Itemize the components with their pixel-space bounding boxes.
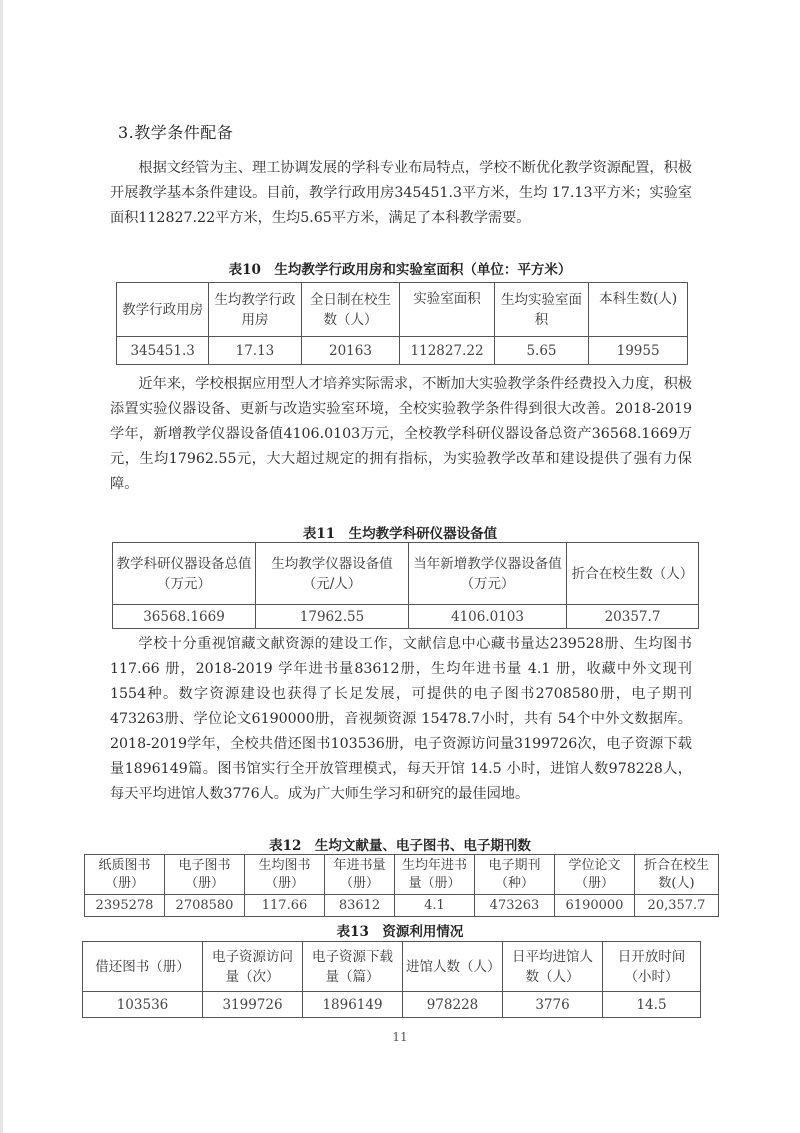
table12-header-cell: 折合在校生数(人) <box>635 855 719 895</box>
table12-cell: 20,357.7 <box>635 895 719 917</box>
table13-header-cell: 电子资源访问量（次） <box>203 942 303 992</box>
table12-header-cell: 年进书量（册） <box>325 855 395 895</box>
table-row: 345451.3 17.13 20163 112827.22 5.65 1995… <box>117 337 688 365</box>
table10-cell: 19955 <box>589 337 688 365</box>
table11-caption: 表11 生均教学科研仪器设备值 <box>0 522 800 542</box>
table12-header-row: 纸质图书（册） 电子图书（册） 生均图书（册） 年进书量（册） 生均年进书量（册… <box>85 855 719 895</box>
table10-cell: 345451.3 <box>117 337 209 365</box>
table10-cell: 17.13 <box>209 337 301 365</box>
table11-header-cell: 当年新增教学仪器设备值（万元） <box>409 543 567 605</box>
table13-cell: 3776 <box>503 992 603 1018</box>
table12-header-cell: 纸质图书（册） <box>85 855 165 895</box>
table13-header-cell: 电子资源下载量（篇） <box>303 942 403 992</box>
table-row: 36568.1669 17962.55 4106.0103 20357.7 <box>113 605 699 629</box>
table12-header-cell: 学位论文（册） <box>555 855 635 895</box>
page-edge <box>0 0 3 1133</box>
table12: 纸质图书（册） 电子图书（册） 生均图书（册） 年进书量（册） 生均年进书量（册… <box>84 854 719 917</box>
table11: 教学科研仪器设备总值（万元） 生均教学仪器设备值（元/人） 当年新增教学仪器设备… <box>112 542 699 629</box>
table12-header-cell: 生均图书（册） <box>245 855 325 895</box>
table10-header-cell: 教学行政用房 <box>117 283 209 337</box>
table13-cell: 103536 <box>83 992 203 1018</box>
table12-header-cell: 电子期刊（种） <box>475 855 555 895</box>
table13-cell: 1896149 <box>303 992 403 1018</box>
table10-header-cell: 实验室面积 <box>400 283 494 337</box>
table13-header-cell: 日开放时间（小时） <box>603 942 701 992</box>
table11-cell: 17962.55 <box>256 605 409 629</box>
table-row: 2395278 2708580 117.66 83612 4.1 473263 … <box>85 895 719 917</box>
table13-cell: 3199726 <box>203 992 303 1018</box>
table13-cell: 14.5 <box>603 992 701 1018</box>
section-title: 3.教学条件配备 <box>118 120 233 143</box>
table12-cell: 4.1 <box>395 895 475 917</box>
table12-cell: 117.66 <box>245 895 325 917</box>
table12-header-cell: 生均年进书量（册） <box>395 855 475 895</box>
table11-cell: 4106.0103 <box>409 605 567 629</box>
paragraph-teaching-space: 根据文经管为主、理工协调发展的学科专业布局特点，学校不断优化教学资源配置，积极开… <box>110 156 692 231</box>
table10-caption: 表10 生均教学行政用房和实验室面积（单位：平方米） <box>0 258 800 278</box>
table12-header-cell: 电子图书（册） <box>165 855 245 895</box>
table13-caption: 表13 资源利用情况 <box>0 920 800 940</box>
table11-cell: 20357.7 <box>567 605 699 629</box>
table13-header-cell: 进馆人数（人） <box>403 942 503 992</box>
table13-header-cell: 借还图书（册） <box>83 942 203 992</box>
table-row: 103536 3199726 1896149 978228 3776 14.5 <box>83 992 701 1018</box>
table10-header-row: 教学行政用房 生均教学行政用房 全日制在校生数（人） 实验室面积 生均实验室面积… <box>117 283 688 337</box>
table11-header-row: 教学科研仪器设备总值（万元） 生均教学仪器设备值（元/人） 当年新增教学仪器设备… <box>113 543 699 605</box>
table10-header-cell: 全日制在校生数（人） <box>301 283 400 337</box>
table12-cell: 2395278 <box>85 895 165 917</box>
table10-header-cell: 本科生数(人) <box>589 283 688 337</box>
table11-header-cell: 生均教学仪器设备值（元/人） <box>256 543 409 605</box>
paragraph-lab-equipment: 近年来，学校根据应用型人才培养实际需求，不断加大实验教学条件经费投入力度，积极添… <box>110 372 692 497</box>
table10: 教学行政用房 生均教学行政用房 全日制在校生数（人） 实验室面积 生均实验室面积… <box>116 282 688 365</box>
table11-cell: 36568.1669 <box>113 605 256 629</box>
table10-cell: 20163 <box>301 337 400 365</box>
table13-header-row: 借还图书（册） 电子资源访问量（次） 电子资源下载量（篇） 进馆人数（人） 日平… <box>83 942 701 992</box>
table13-header-cell: 日平均进馆人数（人） <box>503 942 603 992</box>
table10-header-cell: 生均教学行政用房 <box>209 283 301 337</box>
table10-header-cell: 生均实验室面积 <box>494 283 588 337</box>
table12-caption: 表12 生均文献量、电子图书、电子期刊数 <box>0 834 800 854</box>
table10-cell: 112827.22 <box>400 337 494 365</box>
table13: 借还图书（册） 电子资源访问量（次） 电子资源下载量（篇） 进馆人数（人） 日平… <box>82 941 701 1018</box>
table11-header-cell: 折合在校生数（人） <box>567 543 699 605</box>
table11-header-cell: 教学科研仪器设备总值（万元） <box>113 543 256 605</box>
table12-cell: 2708580 <box>165 895 245 917</box>
table12-cell: 473263 <box>475 895 555 917</box>
table10-cell: 5.65 <box>494 337 588 365</box>
paragraph-library-resources: 学校十分重视馆藏文献资源的建设工作，文献信息中心藏书量达239528册、生均图书… <box>110 632 692 807</box>
table12-cell: 83612 <box>325 895 395 917</box>
table13-cell: 978228 <box>403 992 503 1018</box>
page-number: 11 <box>0 1030 800 1044</box>
table12-cell: 6190000 <box>555 895 635 917</box>
